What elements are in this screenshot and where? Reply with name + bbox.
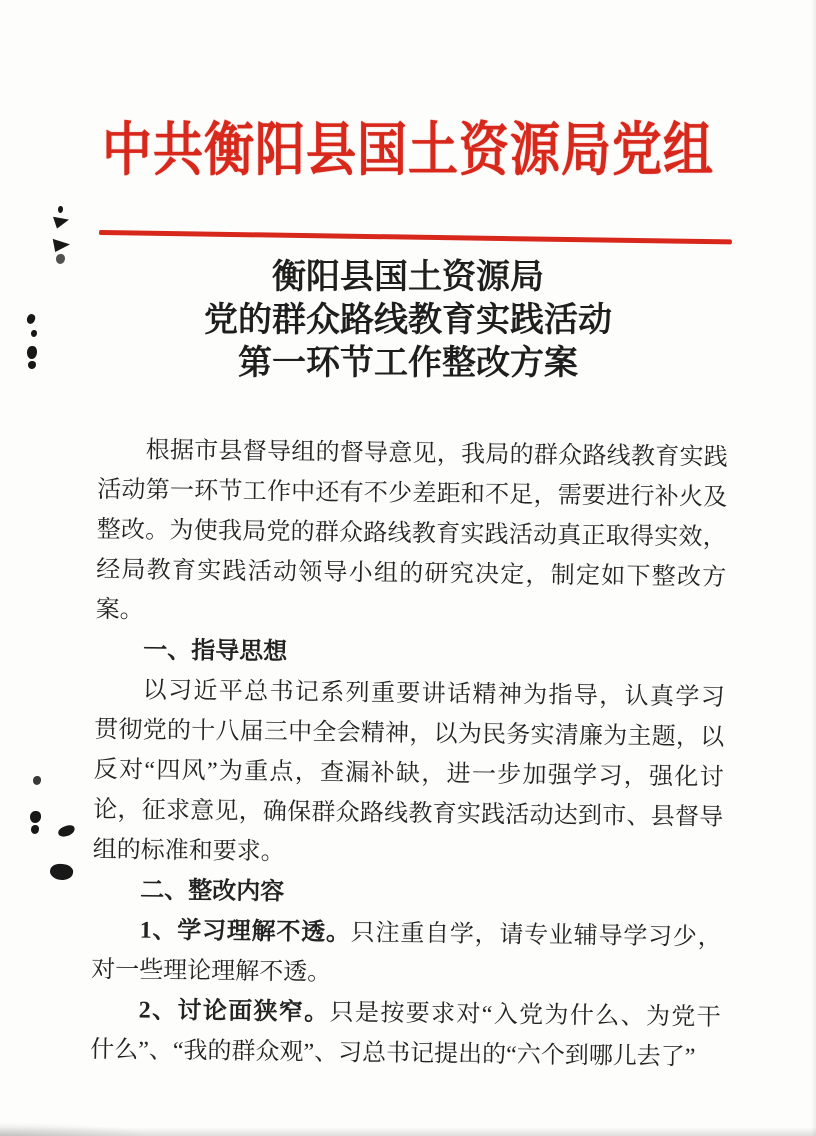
document-title: 衡阳县国土资源局 党的群众路线教育实践活动 第一环节工作整改方案	[0, 256, 816, 385]
text-segment: 只注重自学，请专业辅导学习少，	[351, 920, 722, 951]
text-segment: 整改。为使我局党的群众路线教育实践活动真正取得实效，	[97, 517, 727, 551]
text-segment: 对一些理论理解不透。	[91, 957, 331, 986]
document-title-line: 第一环节工作整改方案	[0, 342, 816, 385]
text-segment: 反对“四风”为重点，查漏补缺，进一步加强学习，强化讨	[94, 757, 724, 791]
red-divider-line	[99, 230, 732, 244]
ink-smudge	[33, 776, 41, 785]
letterhead-title: 中共衡阳县国土资源局党组	[0, 108, 816, 192]
text-segment: 2、讨论面狭窄。	[139, 998, 330, 1026]
ink-smudge	[30, 811, 41, 823]
document-title-line: 衡阳县国土资源局	[0, 256, 816, 299]
text-segment: 案。	[96, 597, 144, 624]
text-segment: 1、学习理解不透。	[140, 918, 351, 947]
ink-smudge	[31, 825, 39, 834]
scanned-document-page: 中共衡阳县国土资源局党组 衡阳县国土资源局 党的群众路线教育实践活动 第一环节工…	[0, 0, 816, 1136]
text-segment: 组的标准和要求。	[93, 837, 285, 865]
text-segment: 只是按要求对“入党为什么、为党干	[329, 1000, 720, 1031]
text-segment: 活动第一环节工作中还有不少差距和不足，需要进行补火及	[97, 477, 727, 511]
ink-smudge	[57, 824, 76, 839]
body-text: 根据市县督导组的督导意见，我局的群众路线教育实践活动第一环节工作中还有不少差距和…	[90, 430, 728, 1078]
text-segment: 二、整改内容	[140, 878, 284, 906]
document-title-line: 党的群众路线教育实践活动	[0, 299, 816, 342]
ink-smudge	[58, 206, 63, 213]
ink-smudge	[49, 862, 74, 881]
body-line: 经局教育实践活动领导小组的研究决定，制定如下整改方	[96, 550, 726, 598]
ink-smudge	[52, 212, 70, 229]
body-line: 什么”、“我的群众观”、习总书记提出的“六个到哪儿去了”	[90, 1030, 720, 1078]
scan-edge-shadow	[811, 0, 816, 1136]
ink-smudge	[52, 236, 70, 252]
text-segment: 以习近平总书记系列重要讲话精神为指导，认真学习	[143, 678, 725, 711]
scan-edge-shadow	[0, 1122, 150, 1136]
text-segment: 经局教育实践活动领导小组的研究决定，制定如下整改方	[96, 557, 726, 591]
text-segment: 根据市县督导组的督导意见，我局的群众路线教育实践	[146, 438, 728, 471]
text-segment: 一、指导思想	[143, 638, 287, 666]
text-segment: 贯彻党的十八届三中全会精神，以为民务实清廉为主题，以	[94, 717, 724, 751]
text-segment: 论，征求意见，确保群众路线教育实践活动达到市、县督导	[93, 797, 723, 831]
text-segment: 什么”、“我的群众观”、习总书记提出的“六个到哪儿去了”	[90, 1037, 696, 1071]
